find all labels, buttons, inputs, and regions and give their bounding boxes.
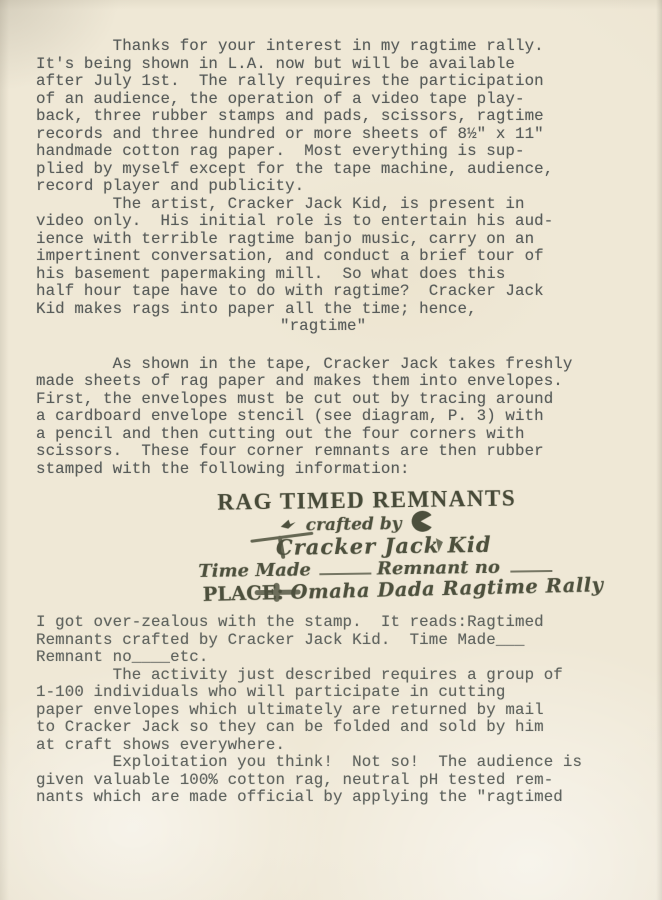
paragraph-envelopes: As shown in the tape, Cracker Jack takes…	[36, 356, 638, 479]
stamp-overprint-smudge-icon	[252, 580, 304, 609]
paragraph-closing: I got over-zealous with the stamp. It re…	[36, 614, 638, 807]
stamp-time-made-label: Time Made	[198, 559, 311, 582]
ragtime-quote: "ragtime"	[280, 318, 638, 336]
scanned-letter-page: Thanks for your interest in my ragtime r…	[0, 0, 662, 900]
time-made-blank	[319, 561, 371, 576]
rubber-stamp-impression: RAG TIMED REMNANTS crafted by Cracker Ja…	[35, 484, 639, 610]
paragraph-intro: Thanks for your interest in my ragtime r…	[36, 38, 638, 318]
remnant-no-blank	[510, 558, 552, 573]
stamp-tick-mark-icon	[434, 536, 445, 558]
